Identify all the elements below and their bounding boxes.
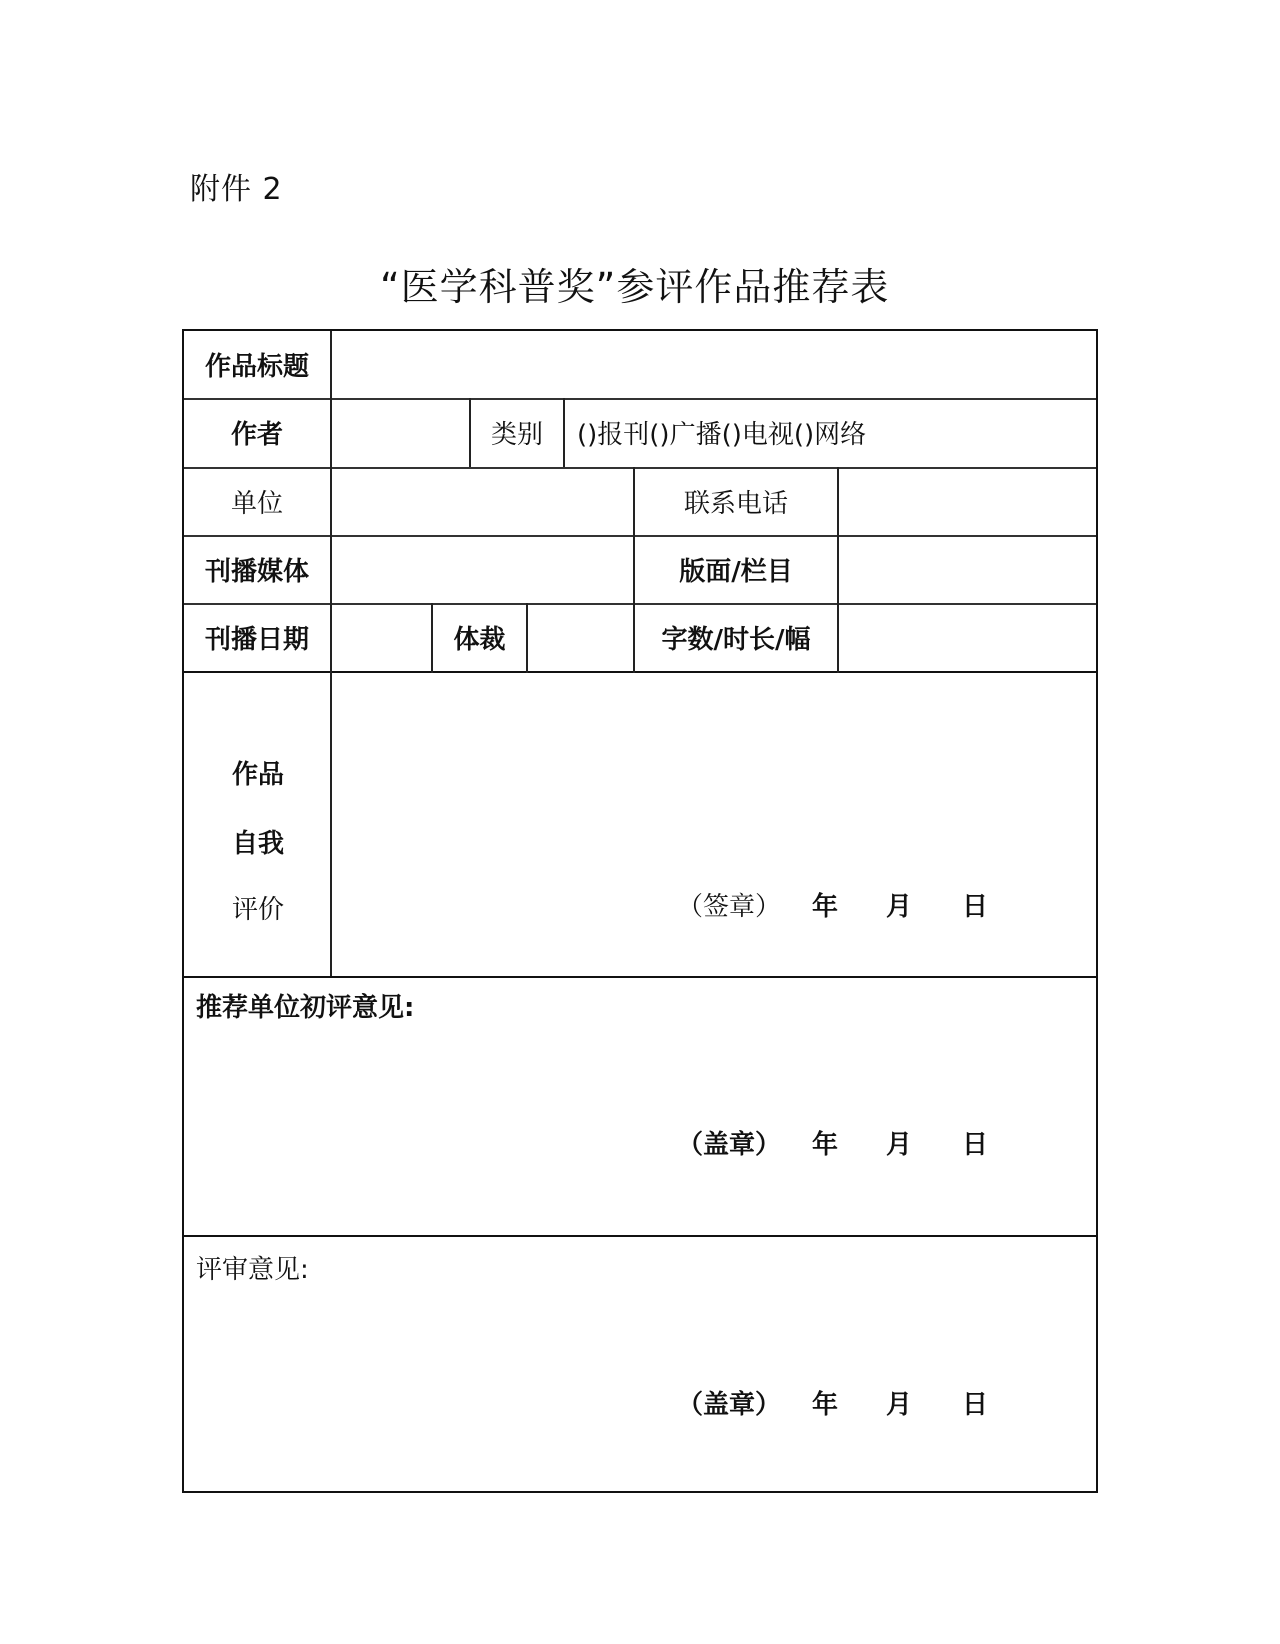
phone-label: 联系电话	[635, 467, 837, 535]
seal-label: （盖章）	[677, 1388, 781, 1422]
recommend-seal-line: （盖章） 年 月 日	[184, 1128, 1096, 1162]
day-label: 日	[962, 890, 988, 924]
genre-label: 体裁	[433, 603, 526, 671]
self-evaluation-label-line: 作品	[184, 758, 332, 792]
unit-label: 单位	[184, 467, 330, 535]
year-label: 年	[812, 1128, 838, 1162]
row-divider	[184, 1235, 1096, 1237]
work-title-label: 作品标题	[184, 331, 330, 398]
category-label: 类别	[471, 398, 563, 467]
unit-field[interactable]	[332, 467, 633, 535]
section-column-label: 版面/栏目	[635, 535, 837, 603]
year-label: 年	[812, 1388, 838, 1422]
recommend-opinion-heading: 推荐单位初评意见:	[196, 991, 414, 1025]
length-field[interactable]	[839, 603, 1096, 671]
attachment-label: 附件 2	[190, 170, 283, 210]
day-label: 日	[962, 1128, 988, 1162]
recommendation-form-table: 作品标题 作者 类别 ()报刊()广播()电视()网络 单位 联系电话 刊播媒体…	[182, 329, 1098, 1493]
publish-date-label: 刊播日期	[184, 603, 330, 671]
self-evaluation-field[interactable]	[332, 673, 1096, 976]
author-field[interactable]	[332, 398, 469, 467]
section-column-field[interactable]	[839, 535, 1096, 603]
phone-field[interactable]	[839, 467, 1096, 535]
length-label: 字数/时长/幅	[635, 603, 837, 671]
author-label: 作者	[184, 398, 330, 467]
publish-date-field[interactable]	[332, 603, 431, 671]
seal-label: （盖章）	[677, 1128, 781, 1162]
day-label: 日	[962, 1388, 988, 1422]
month-label: 月	[886, 890, 912, 924]
year-label: 年	[812, 890, 838, 924]
media-field[interactable]	[332, 535, 633, 603]
page-title: “医学科普奖”参评作品推荐表	[380, 262, 889, 312]
self-evaluation-signature-line: （签章） 年 月 日	[184, 890, 1096, 924]
media-label: 刊播媒体	[184, 535, 330, 603]
work-title-field[interactable]	[332, 331, 1096, 398]
review-seal-line: （盖章） 年 月 日	[184, 1388, 1096, 1422]
genre-field[interactable]	[528, 603, 633, 671]
signature-label: （签章）	[677, 890, 781, 924]
month-label: 月	[886, 1388, 912, 1422]
review-opinion-heading: 评审意见:	[196, 1253, 309, 1287]
category-options[interactable]: ()报刊()广播()电视()网络	[565, 398, 1096, 467]
self-evaluation-label-line: 自我	[184, 827, 332, 861]
row-divider	[184, 976, 1096, 978]
month-label: 月	[886, 1128, 912, 1162]
